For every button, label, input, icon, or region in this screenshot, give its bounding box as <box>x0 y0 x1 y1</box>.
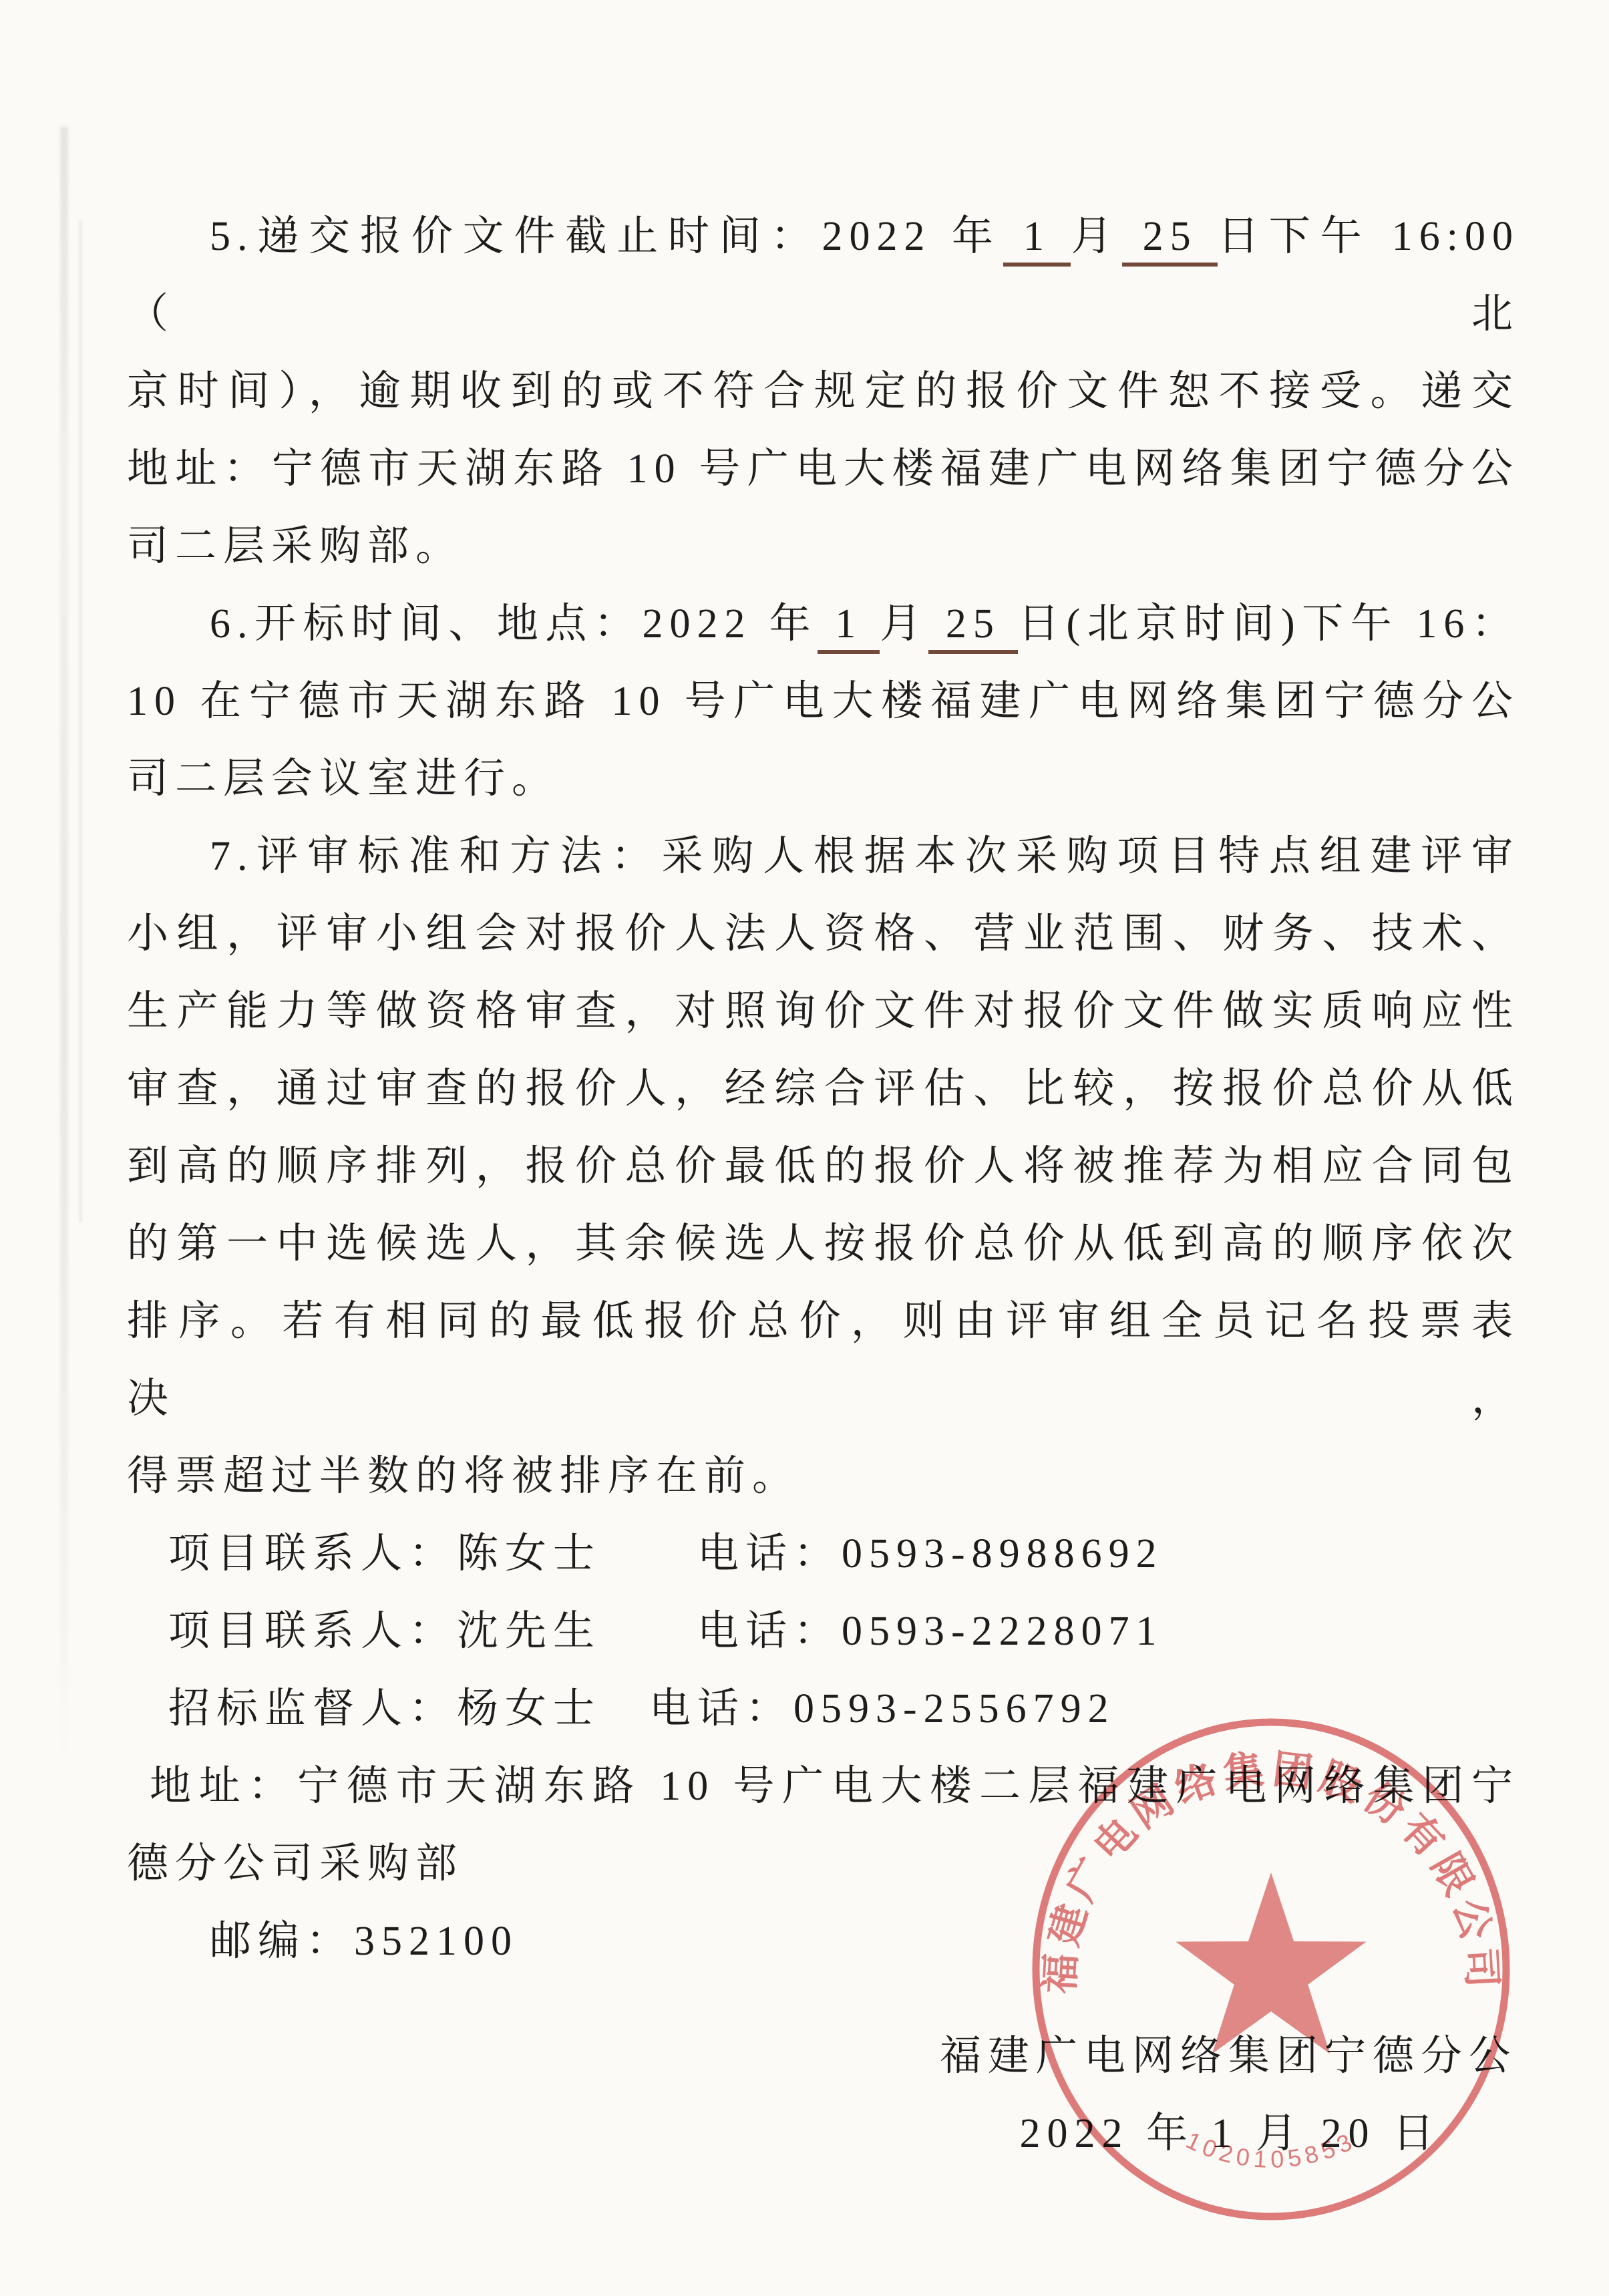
text-line: 排序。若有相同的最低报价总价，则由评审组全员记名投票表决， <box>127 1283 1519 1438</box>
signature-block: 福建广电网络集团宁德分公 2022 年 1 月 20 日 <box>127 2017 1519 2172</box>
text-line-bid-opening: 6.开标时间、地点：2022 年 1 月 25 日(北京时间)下午 16： <box>127 585 1519 663</box>
text-line: 10 在宁德市天湖东路 10 号广电大楼福建广电网络集团宁德分公 <box>127 663 1519 740</box>
text-segment: 日(北京时间)下午 16： <box>1018 601 1519 647</box>
address-line: 德分公司采购部 <box>127 1825 1519 1903</box>
text-segment: 6.开标时间、地点：2022 年 <box>210 601 818 647</box>
contact-line-yang: 招标监督人：杨女士 电话：0593-2556792 <box>127 1670 1519 1748</box>
text-line: 生产能力等做资格审查，对照询价文件对报价文件做实质响应性 <box>127 973 1519 1050</box>
underlined-month: 1 <box>1003 214 1071 267</box>
text-line: 地址：宁德市天湖东路 10 号广电大楼福建广电网络集团宁德分公 <box>127 430 1519 508</box>
underlined-day: 25 <box>1122 214 1218 267</box>
text-line: 得票超过半数的将被排序在前。 <box>127 1438 1519 1515</box>
underlined-month: 1 <box>818 601 880 654</box>
text-line-deadline: 5.递交报价文件截止时间：2022 年 1 月 25 日下午 16:00（北 <box>127 198 1519 353</box>
text-segment: 月 <box>1071 214 1122 259</box>
document-body: 5.递交报价文件截止时间：2022 年 1 月 25 日下午 16:00（北 京… <box>127 198 1519 2172</box>
contact-line-chen: 项目联系人：陈女士 电话：0593-8988692 <box>127 1515 1519 1593</box>
text-line: 的第一中选候选人，其余候选人按报价总价从低到高的顺序依次 <box>127 1205 1519 1283</box>
text-line: 小组，评审小组会对报价人法人资格、营业范围、财务、技术、 <box>127 895 1519 973</box>
scan-edge-artifact <box>79 220 82 1222</box>
text-segment: 月 <box>880 601 928 647</box>
text-line: 京时间），逾期收到的或不符合规定的报价文件恕不接受。递交 <box>127 353 1519 430</box>
scanned-page: 5.递交报价文件截止时间：2022 年 1 月 25 日下午 16:00（北 京… <box>0 0 1609 2296</box>
text-line: 司二层采购部。 <box>127 508 1519 585</box>
address-line: 地址：宁德市天湖东路 10 号广电大楼二层福建广电网络集团宁 <box>127 1748 1519 1825</box>
text-line: 到高的顺序排列，报价总价最低的报价人将被推荐为相应合同包 <box>127 1128 1519 1205</box>
text-line-evaluation: 7.评审标准和方法：采购人根据本次采购项目特点组建评审 <box>127 818 1519 895</box>
text-segment: 5.递交报价文件截止时间：2022 年 <box>210 214 1003 259</box>
scan-edge-artifact <box>60 127 68 1770</box>
text-line: 审查，通过审查的报价人，经综合评估、比较，按报价总价从低 <box>127 1050 1519 1128</box>
contact-line-shen: 项目联系人：沈先生 电话：0593-2228071 <box>127 1593 1519 1670</box>
text-line: 司二层会议室进行。 <box>127 740 1519 818</box>
postal-code-line: 邮编：352100 <box>127 1903 1519 1980</box>
signature-date: 2022 年 1 月 20 日 <box>127 2095 1519 2172</box>
underlined-day: 25 <box>928 601 1018 654</box>
signature-company: 福建广电网络集团宁德分公 <box>127 2017 1519 2095</box>
